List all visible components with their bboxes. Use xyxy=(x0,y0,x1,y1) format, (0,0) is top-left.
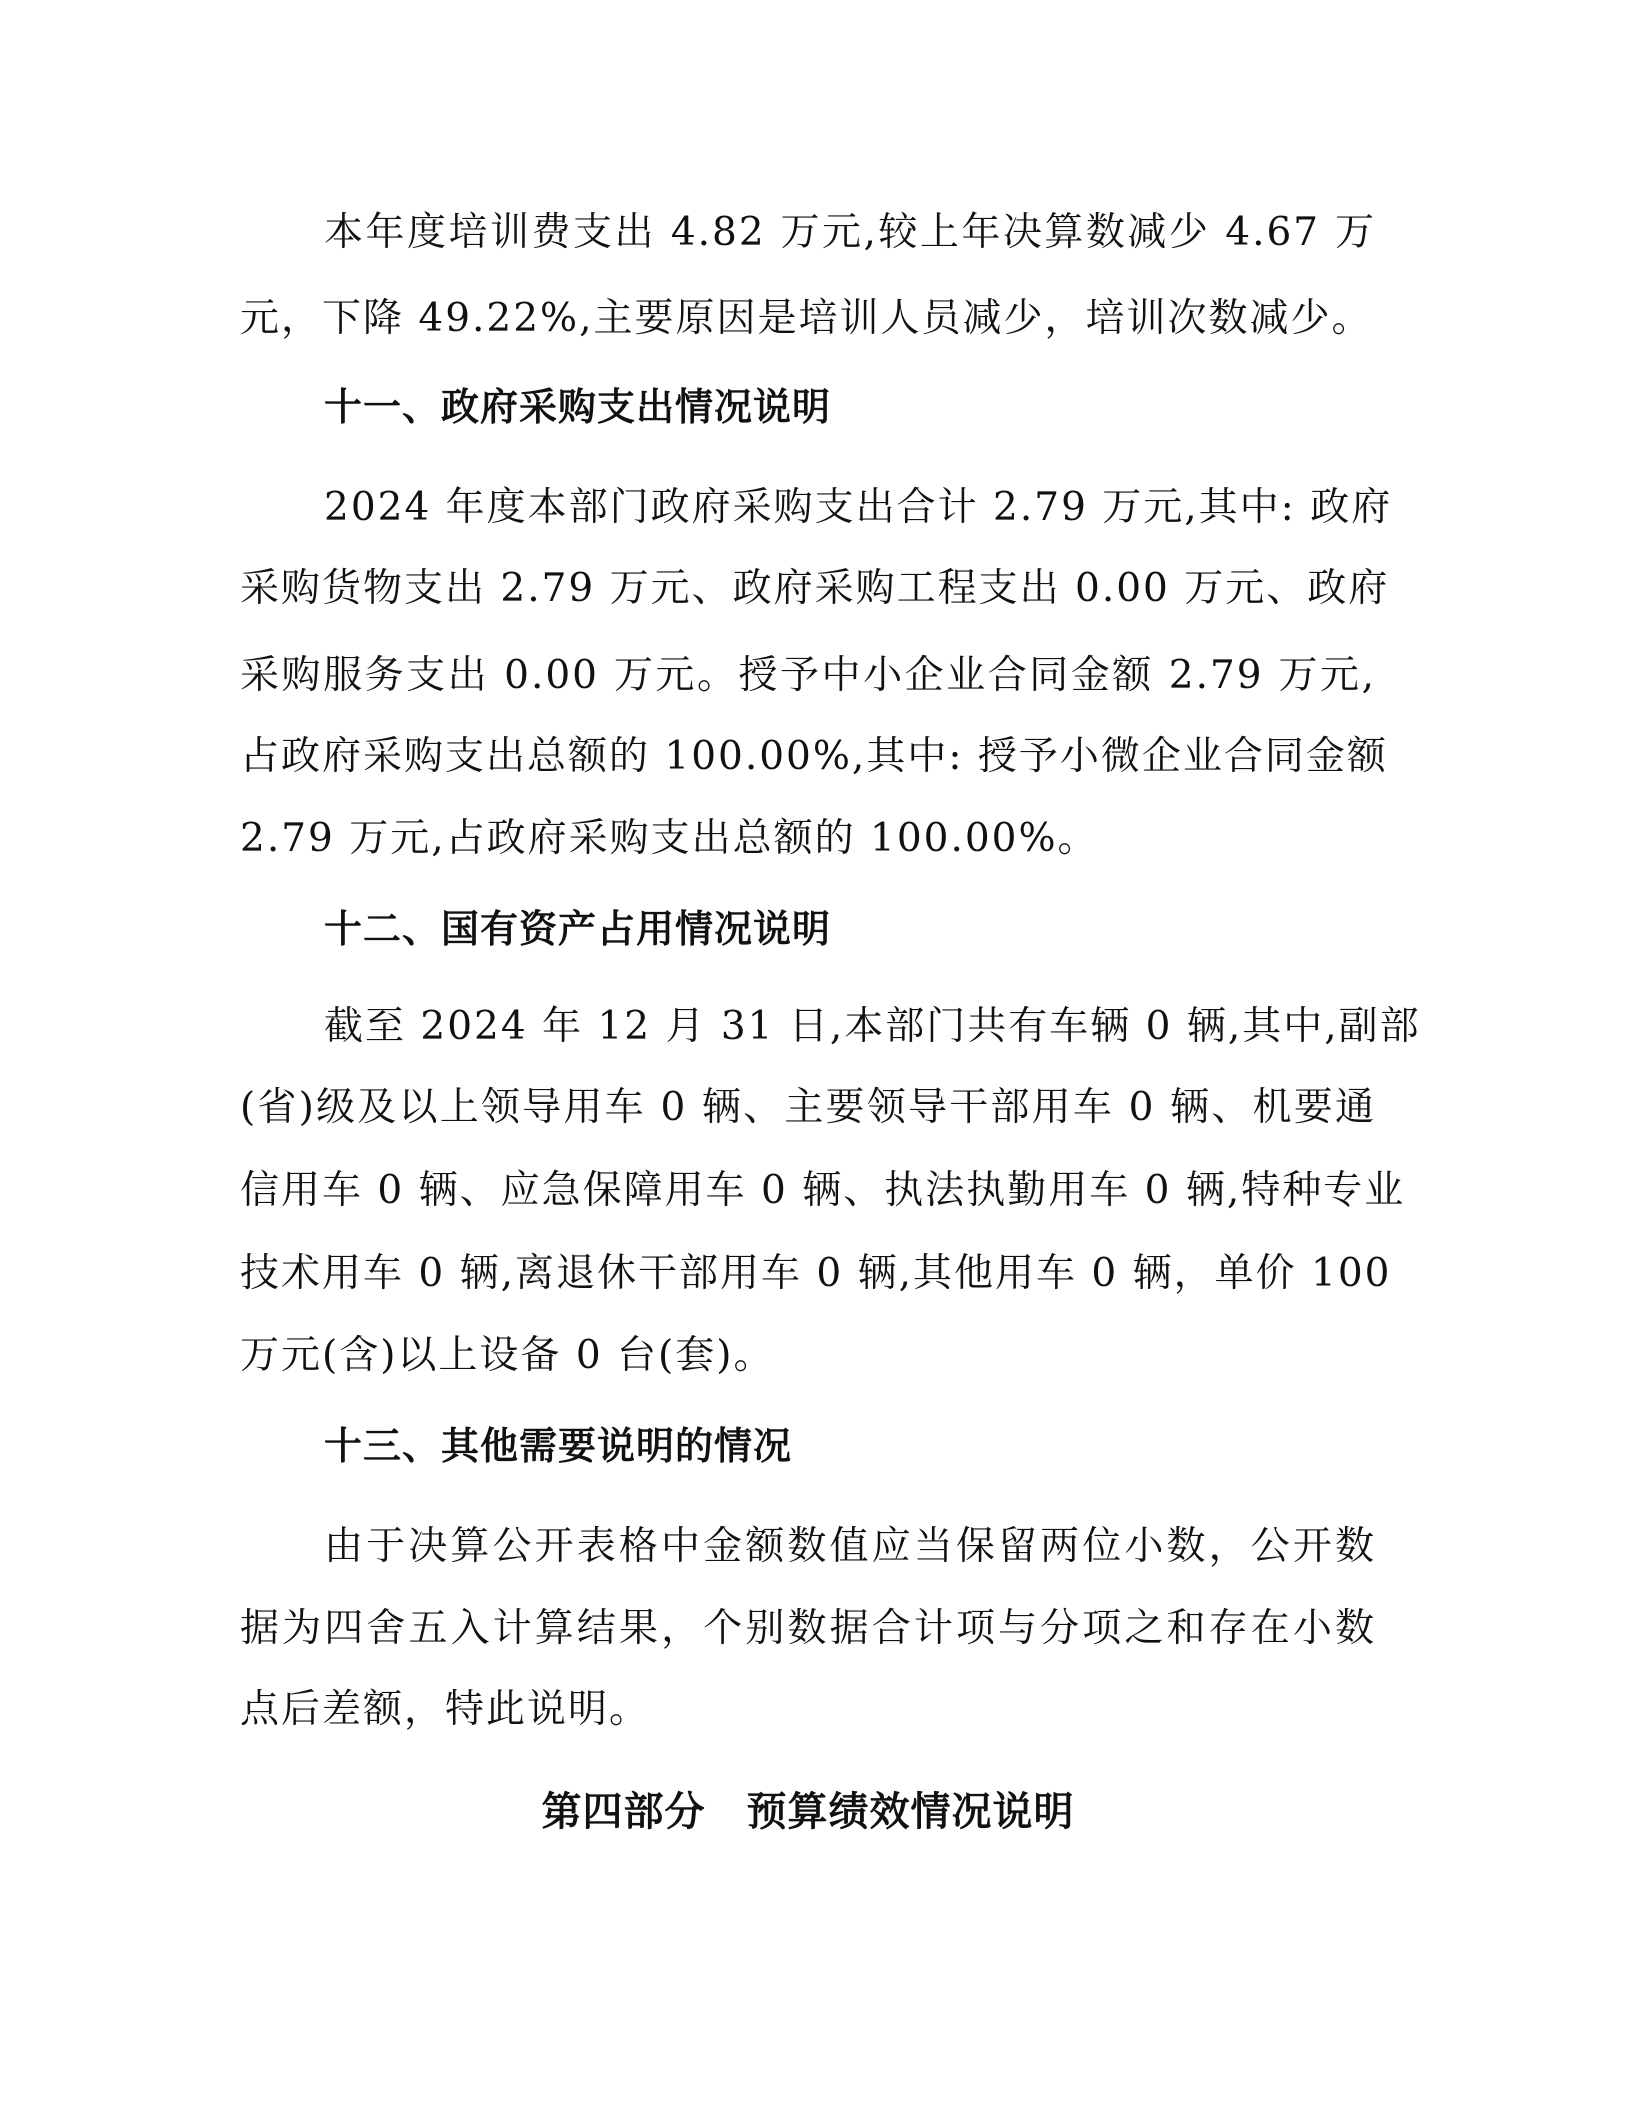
training-line-2: 元，下降 49.22%,主要原因是培训人员减少，培训次数减少。 xyxy=(240,295,1376,343)
procurement-line-5: 2.79 万元,占政府采购支出总额的 100.00%。 xyxy=(240,815,1376,863)
assets-line-3: 信用车 0 辆、应急保障用车 0 辆、执法执勤用车 0 辆,特种专业 xyxy=(240,1167,1376,1215)
section-heading-other: 十三、其他需要说明的情况 xyxy=(324,1422,1376,1470)
other-line-1: 由于决算公开表格中金额数值应当保留两位小数，公开数 xyxy=(324,1523,1376,1571)
other-line-3: 点后差额，特此说明。 xyxy=(240,1686,1376,1734)
section-heading-assets: 十二、国有资产占用情况说明 xyxy=(324,905,1376,953)
procurement-line-1: 2024 年度本部门政府采购支出合计 2.79 万元,其中: 政府 xyxy=(324,484,1376,532)
part-four-title: 第四部分 预算绩效情况说明 xyxy=(240,1780,1376,1837)
assets-line-2: (省)级及以上领导用车 0 辆、主要领导干部用车 0 辆、机要通 xyxy=(240,1084,1376,1132)
procurement-line-4: 占政府采购支出总额的 100.00%,其中: 授予小微企业合同金额 xyxy=(240,733,1376,781)
assets-line-5: 万元(含)以上设备 0 台(套)。 xyxy=(240,1332,1376,1380)
other-line-2: 据为四舍五入计算结果，个别数据合计项与分项之和存在小数 xyxy=(240,1605,1376,1653)
training-line-1: 本年度培训费支出 4.82 万元,较上年决算数减少 4.67 万 xyxy=(324,209,1376,257)
section-heading-procurement: 十一、政府采购支出情况说明 xyxy=(324,383,1376,431)
assets-line-4: 技术用车 0 辆,离退休干部用车 0 辆,其他用车 0 辆，单价 100 xyxy=(240,1250,1376,1298)
assets-line-1: 截至 2024 年 12 月 31 日,本部门共有车辆 0 辆,其中,副部 xyxy=(324,1003,1376,1051)
procurement-line-3: 采购服务支出 0.00 万元。授予中小企业合同金额 2.79 万元, xyxy=(240,652,1376,700)
procurement-line-2: 采购货物支出 2.79 万元、政府采购工程支出 0.00 万元、政府 xyxy=(240,565,1376,613)
